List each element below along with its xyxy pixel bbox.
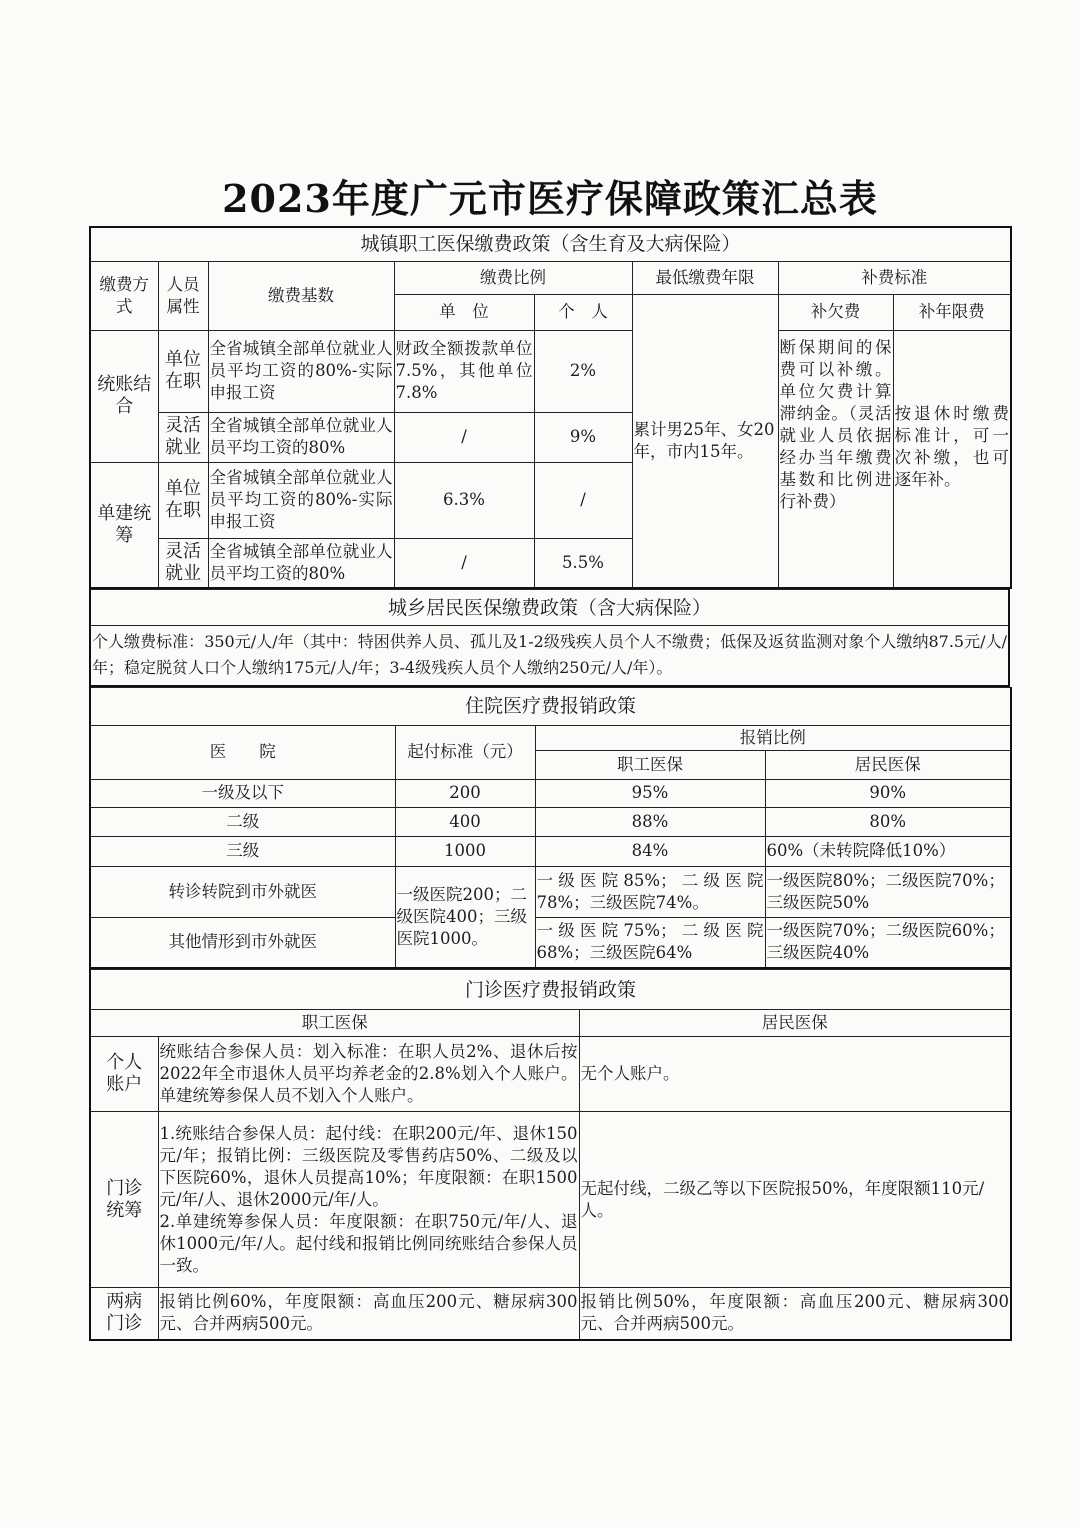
- resident-policy: 无个人账户。: [579, 1037, 1011, 1112]
- hospital-level: 一级及以下: [90, 779, 395, 807]
- employee-contribution-table: 城镇职工医保缴费政策（含生育及大病保险） 缴费方式 人员属性 缴费基数 缴费比例…: [89, 226, 1012, 589]
- deductible-value: 400: [395, 807, 535, 836]
- table-row: 三级 1000 84% 60%（未转院降低10%）: [90, 836, 1011, 866]
- person-type-cell: 单位在职: [158, 462, 208, 538]
- year-limit-value: 按退休时缴费标准计，可一次补缴，也可逐年补。: [893, 330, 1011, 588]
- header-supplement: 补费标准: [778, 261, 1011, 294]
- resident-ratio: 60%（未转院降低10%）: [765, 836, 1011, 866]
- hospital-level: 三级: [90, 836, 395, 866]
- deductible-value: 1000: [395, 836, 535, 866]
- header-resident: 居民医保: [765, 750, 1011, 779]
- row-label: 两病门诊: [90, 1288, 158, 1340]
- employee-policy-line: 2.单建统筹参保人员：年度限额：在职750元/年/人、退休1000元/年/人。起…: [160, 1211, 578, 1277]
- employee-policy: 统账结合参保人员：划入标准：在职人员2%、退休后按2022年全市退休人员平均养老…: [158, 1037, 579, 1112]
- employee-policy: 报销比例60%，年度限额：高血压200元、糖尿病300元、合并两病500元。: [158, 1288, 579, 1340]
- table-row: 二级 400 88% 80%: [90, 807, 1011, 836]
- header-employee: 职工医保: [535, 750, 765, 779]
- section-title-employee-contribution: 城镇职工医保缴费政策（含生育及大病保险）: [90, 227, 1011, 261]
- outpatient-table: 门诊医疗费报销政策 职工医保 居民医保 个人账户 统账结合参保人员：划入标准：在…: [89, 969, 1012, 1341]
- individual-ratio-cell: 9%: [534, 412, 632, 462]
- resident-ratio: 一级医院80%；二级医院70%；三级医院50%: [765, 866, 1011, 917]
- individual-ratio-cell: 2%: [534, 330, 632, 412]
- header-min-years: 最低缴费年限: [632, 261, 778, 294]
- deductible-value: 200: [395, 779, 535, 807]
- base-cell: 全省城镇全部单位就业人员平均工资的80%-实际申报工资: [208, 330, 394, 412]
- table-row: 两病门诊 报销比例60%，年度限额：高血压200元、糖尿病300元、合并两病50…: [90, 1288, 1011, 1340]
- header-year-limit: 补年限费: [893, 294, 1011, 330]
- individual-ratio-cell: /: [534, 462, 632, 538]
- header-reimbursement-ratio: 报销比例: [535, 725, 1011, 750]
- resident-policy: 报销比例50%，年度限额：高血压200元、糖尿病300元、合并两病500元。: [579, 1288, 1011, 1340]
- resident-ratio: 80%: [765, 807, 1011, 836]
- row-label: 门诊统筹: [90, 1112, 158, 1288]
- table-row: 个人账户 统账结合参保人员：划入标准：在职人员2%、退休后按2022年全市退休人…: [90, 1037, 1011, 1112]
- header-person-type: 人员属性: [158, 261, 208, 330]
- unit-ratio-cell: 财政全额拨款单位7.5%，其他单位7.8%: [394, 330, 534, 412]
- method-cell: 单建统筹: [90, 462, 158, 588]
- header-employee: 职工医保: [90, 1010, 579, 1037]
- header-unit: 单 位: [394, 294, 534, 330]
- section-title-inpatient: 住院医疗费报销政策: [90, 687, 1011, 725]
- method-cell: 统账结合: [90, 330, 158, 462]
- resident-ratio: 一级医院70%；二级医院60%；三级医院40%: [765, 917, 1011, 968]
- employee-ratio: 一级医院75%；二级医院68%；三级医院64%: [535, 917, 765, 968]
- header-ratio: 缴费比例: [394, 261, 632, 294]
- unit-ratio-cell: /: [394, 538, 534, 588]
- employee-policy-line: 1.统账结合参保人员：起付线：在职200元/年、退休150元/年；报销比例：三级…: [160, 1123, 578, 1211]
- hospital-level: 转诊转院到市外就医: [90, 866, 395, 917]
- table-row: 门诊统筹 1.统账结合参保人员：起付线：在职200元/年、退休150元/年；报销…: [90, 1112, 1011, 1288]
- deductible-value: 一级医院200；二级医院400；三级医院1000。: [395, 866, 535, 968]
- employee-policy: 1.统账结合参保人员：起付线：在职200元/年、退休150元/年；报销比例：三级…: [158, 1112, 579, 1288]
- base-cell: 全省城镇全部单位就业人员平均工资的80%: [208, 412, 394, 462]
- policy-sheet: 城镇职工医保缴费政策（含生育及大病保险） 缴费方式 人员属性 缴费基数 缴费比例…: [89, 226, 1010, 1341]
- header-resident: 居民医保: [579, 1010, 1011, 1037]
- employee-ratio: 一级医院85%；二级医院78%；三级医院74%。: [535, 866, 765, 917]
- resident-contribution-text: 个人缴费标准：350元/人/年（其中：特困供养人员、孤儿及1-2级残疾人员个人不…: [90, 626, 1009, 686]
- person-type-cell: 灵活就业: [158, 412, 208, 462]
- min-years-value: 累计男25年、女20年，市内15年。: [632, 294, 778, 588]
- arrears-value: 断保期间的保费可以补缴。单位欠费计算滞纳金。（灵活就业人员依据经办当年缴费基数和…: [778, 330, 893, 588]
- header-arrears: 补欠费: [778, 294, 893, 330]
- header-deductible: 起付标准（元）: [395, 725, 535, 779]
- header-base: 缴费基数: [208, 261, 394, 330]
- page-title: 2023年度广元市医疗保障政策汇总表: [0, 168, 1080, 223]
- table-row: 一级及以下 200 95% 90%: [90, 779, 1011, 807]
- section-title-outpatient: 门诊医疗费报销政策: [90, 970, 1011, 1010]
- base-cell: 全省城镇全部单位就业人员平均工资的80%: [208, 538, 394, 588]
- table-row: 转诊转院到市外就医 一级医院200；二级医院400；三级医院1000。 一级医院…: [90, 866, 1011, 917]
- employee-ratio: 88%: [535, 807, 765, 836]
- employee-ratio: 84%: [535, 836, 765, 866]
- header-method: 缴费方式: [90, 261, 158, 330]
- person-type-cell: 单位在职: [158, 330, 208, 412]
- person-type-cell: 灵活就业: [158, 538, 208, 588]
- employee-ratio: 95%: [535, 779, 765, 807]
- header-individual: 个 人: [534, 294, 632, 330]
- table-row: 其他情形到市外就医 一级医院75%；二级医院68%；三级医院64% 一级医院70…: [90, 917, 1011, 968]
- inpatient-table: 住院医疗费报销政策 医 院 起付标准（元） 报销比例 职工医保 居民医保 一级及…: [89, 687, 1012, 970]
- hospital-level: 二级: [90, 807, 395, 836]
- resident-ratio: 90%: [765, 779, 1011, 807]
- base-cell: 全省城镇全部单位就业人员平均工资的80%-实际申报工资: [208, 462, 394, 538]
- unit-ratio-cell: 6.3%: [394, 462, 534, 538]
- section-title-resident-contribution: 城乡居民医保缴费政策（含大病保险）: [90, 590, 1009, 626]
- header-hospital: 医 院: [90, 725, 395, 779]
- resident-contribution-table: 城乡居民医保缴费政策（含大病保险） 个人缴费标准：350元/人/年（其中：特困供…: [89, 589, 1010, 687]
- table-row: 统账结合 单位在职 全省城镇全部单位就业人员平均工资的80%-实际申报工资 财政…: [90, 330, 1011, 412]
- hospital-level: 其他情形到市外就医: [90, 917, 395, 968]
- row-label: 个人账户: [90, 1037, 158, 1112]
- unit-ratio-cell: /: [394, 412, 534, 462]
- individual-ratio-cell: 5.5%: [534, 538, 632, 588]
- resident-policy: 无起付线，二级乙等以下医院报50%，年度限额110元/人。: [579, 1112, 1011, 1288]
